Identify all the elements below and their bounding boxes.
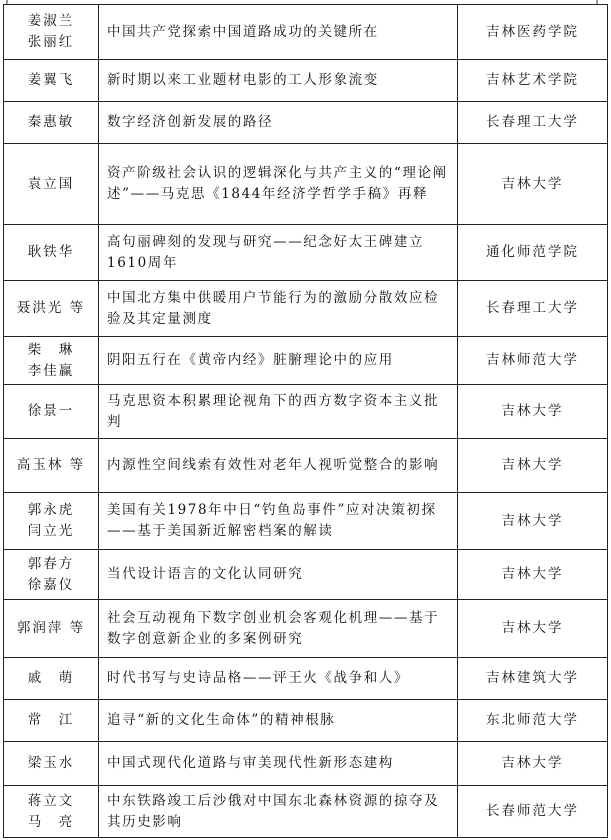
paper-title: 马克思资本积累理论视角下的西方数字资本主义批判 (107, 393, 439, 430)
institution-name: 通化师范学院 (486, 244, 579, 260)
institution-cell: 吉林艺术学院 (458, 60, 608, 102)
paper-title: 新时期以来工业题材电影的工人形象流变 (107, 72, 379, 88)
paper-title: 美国有关1978年中日“钓鱼岛事件”应对决策初探——基于美国新近解密档案的解读 (107, 502, 437, 539)
title-cell: 中国式现代化道路与审美现代性新形态建构 (99, 742, 458, 786)
paper-title: 社会互动视角下数字创业机会客观化机理——基于数字创意新企业的多案例研究 (107, 610, 439, 647)
authors-cell: 郭永虎闫立光 (4, 493, 99, 550)
authors-cell: 郭春方徐嘉仪 (4, 550, 99, 600)
institution-name: 长春师范大学 (486, 803, 579, 819)
author-name: 姜翼飞 (4, 70, 98, 91)
paper-title: 当代设计语言的文化认同研究 (107, 566, 303, 582)
author-name: 闫立光 (4, 521, 98, 542)
authors-cell: 戚 萌 (4, 658, 99, 700)
paper-title: 时代书写与史诗品格——评王火《战争和人》 (107, 670, 409, 686)
authors-cell: 蒋立文马 亮 (4, 786, 99, 838)
table-row: 梁玉水 中国式现代化道路与审美现代性新形态建构 吉林大学 (4, 742, 608, 786)
institution-name: 吉林大学 (502, 176, 564, 192)
institution-name: 吉林大学 (502, 755, 564, 771)
institution-cell: 长春理工大学 (458, 102, 608, 144)
authors-cell: 郭润萍 等 (4, 600, 99, 658)
author-name: 戚 萌 (4, 668, 98, 689)
title-cell: 马克思资本积累理论视角下的西方数字资本主义批判 (99, 385, 458, 439)
authors-cell: 柴 琳李佳赢 (4, 337, 99, 385)
title-cell: 时代书写与史诗品格——评王火《战争和人》 (99, 658, 458, 700)
author-name: 耿铁华 (4, 242, 98, 263)
table-row: 郭润萍 等 社会互动视角下数字创业机会客观化机理——基于数字创意新企业的多案例研… (4, 600, 608, 658)
table-row: 戚 萌 时代书写与史诗品格——评王火《战争和人》 吉林建筑大学 (4, 658, 608, 700)
authors-cell: 聂洪光 等 (4, 281, 99, 337)
authors-cell: 秦惠敏 (4, 102, 99, 144)
title-cell: 社会互动视角下数字创业机会客观化机理——基于数字创意新企业的多案例研究 (99, 600, 458, 658)
author-name: 徐嘉仪 (4, 575, 98, 596)
paper-title: 中东铁路竣工后沙俄对中国东北森林资源的掠夺及其历史影响 (107, 793, 439, 830)
institution-cell: 吉林大学 (458, 493, 608, 550)
paper-title: 资产阶级社会认识的逻辑深化与共产主义的“理论阐述”——马克思《1844年经济学哲… (107, 165, 448, 202)
institution-cell: 东北师范大学 (458, 700, 608, 742)
paper-title: 阴阳五行在《黄帝内经》脏腑理论中的应用 (107, 352, 394, 368)
authors-cell: 姜翼飞 (4, 60, 99, 102)
awards-table-body: 姜淑兰张丽红 中国共产党探索中国道路成功的关键所在 吉林医药学院 姜翼飞 新时期… (4, 5, 608, 838)
author-name: 袁立国 (4, 174, 98, 195)
table-row: 高玉林 等 内源性空间线索有效性对老年人视听觉整合的影响 吉林大学 (4, 439, 608, 493)
authors-cell: 耿铁华 (4, 225, 99, 281)
table-row: 柴 琳李佳赢 阴阳五行在《黄帝内经》脏腑理论中的应用 吉林师范大学 (4, 337, 608, 385)
institution-name: 吉林大学 (502, 620, 564, 636)
table-row: 聂洪光 等 中国北方集中供暖用户节能行为的激励分散效应检验及其定量测度 长春理工… (4, 281, 608, 337)
institution-name: 吉林建筑大学 (486, 670, 579, 686)
institution-name: 吉林大学 (502, 457, 564, 473)
author-name: 张丽红 (4, 32, 98, 53)
paper-title: 中国式现代化道路与审美现代性新形态建构 (107, 755, 394, 771)
institution-cell: 吉林大学 (458, 144, 608, 225)
table-row: 郭永虎闫立光 美国有关1978年中日“钓鱼岛事件”应对决策初探——基于美国新近解… (4, 493, 608, 550)
institution-cell: 吉林大学 (458, 742, 608, 786)
institution-name: 东北师范大学 (486, 712, 579, 728)
paper-title: 追寻“新的文化生命体”的精神根脉 (107, 712, 335, 728)
authors-cell: 徐景一 (4, 385, 99, 439)
title-cell: 中东铁路竣工后沙俄对中国东北森林资源的掠夺及其历史影响 (99, 786, 458, 838)
institution-name: 吉林师范大学 (486, 352, 579, 368)
author-name: 郭润萍 等 (4, 618, 98, 639)
table-row: 姜翼飞 新时期以来工业题材电影的工人形象流变 吉林艺术学院 (4, 60, 608, 102)
table-row: 常 江 追寻“新的文化生命体”的精神根脉 东北师范大学 (4, 700, 608, 742)
institution-name: 吉林艺术学院 (486, 72, 579, 88)
institution-cell: 长春理工大学 (458, 281, 608, 337)
title-cell: 阴阳五行在《黄帝内经》脏腑理论中的应用 (99, 337, 458, 385)
title-cell: 新时期以来工业题材电影的工人形象流变 (99, 60, 458, 102)
author-name: 秦惠敏 (4, 112, 98, 133)
author-name: 郭永虎 (4, 500, 98, 521)
author-name: 柴 琳 (4, 340, 98, 361)
institution-name: 吉林大学 (502, 566, 564, 582)
author-name: 梁玉水 (4, 753, 98, 774)
table-row: 徐景一 马克思资本积累理论视角下的西方数字资本主义批判 吉林大学 (4, 385, 608, 439)
institution-cell: 吉林医药学院 (458, 5, 608, 60)
authors-cell: 高玉林 等 (4, 439, 99, 493)
authors-cell: 常 江 (4, 700, 99, 742)
author-name: 郭春方 (4, 554, 98, 575)
author-name: 徐景一 (4, 401, 98, 422)
author-name: 蒋立文 (4, 791, 98, 812)
paper-title: 高句丽碑刻的发现与研究——纪念好太王碑建立1610周年 (107, 234, 424, 271)
institution-name: 吉林大学 (502, 403, 564, 419)
title-cell: 资产阶级社会认识的逻辑深化与共产主义的“理论阐述”——马克思《1844年经济学哲… (99, 144, 458, 225)
author-name: 姜淑兰 (4, 11, 98, 32)
institution-cell: 吉林大学 (458, 385, 608, 439)
paper-title: 内源性空间线索有效性对老年人视听觉整合的影响 (107, 457, 439, 473)
title-cell: 高句丽碑刻的发现与研究——纪念好太王碑建立1610周年 (99, 225, 458, 281)
table-row: 秦惠敏 数字经济创新发展的路径 长春理工大学 (4, 102, 608, 144)
author-name: 马 亮 (4, 812, 98, 833)
author-name: 常 江 (4, 710, 98, 731)
paper-title: 数字经济创新发展的路径 (107, 114, 273, 130)
title-cell: 追寻“新的文化生命体”的精神根脉 (99, 700, 458, 742)
institution-cell: 吉林大学 (458, 600, 608, 658)
title-cell: 当代设计语言的文化认同研究 (99, 550, 458, 600)
table-row: 耿铁华 高句丽碑刻的发现与研究——纪念好太王碑建立1610周年 通化师范学院 (4, 225, 608, 281)
table-row: 袁立国 资产阶级社会认识的逻辑深化与共产主义的“理论阐述”——马克思《1844年… (4, 144, 608, 225)
institution-cell: 吉林建筑大学 (458, 658, 608, 700)
institution-name: 长春理工大学 (486, 114, 579, 130)
title-cell: 美国有关1978年中日“钓鱼岛事件”应对决策初探——基于美国新近解密档案的解读 (99, 493, 458, 550)
institution-name: 长春理工大学 (486, 300, 579, 316)
authors-cell: 姜淑兰张丽红 (4, 5, 99, 60)
title-cell: 中国共产党探索中国道路成功的关键所在 (99, 5, 458, 60)
table-row: 蒋立文马 亮 中东铁路竣工后沙俄对中国东北森林资源的掠夺及其历史影响 长春师范大… (4, 786, 608, 838)
author-name: 李佳赢 (4, 361, 98, 382)
institution-cell: 吉林师范大学 (458, 337, 608, 385)
institution-name: 吉林大学 (502, 513, 564, 529)
paper-title: 中国共产党探索中国道路成功的关键所在 (107, 24, 379, 40)
title-cell: 内源性空间线索有效性对老年人视听觉整合的影响 (99, 439, 458, 493)
institution-name: 吉林医药学院 (486, 24, 579, 40)
institution-cell: 通化师范学院 (458, 225, 608, 281)
author-name: 聂洪光 等 (4, 298, 98, 319)
awards-table: 姜淑兰张丽红 中国共产党探索中国道路成功的关键所在 吉林医药学院 姜翼飞 新时期… (3, 4, 608, 838)
institution-cell: 吉林大学 (458, 439, 608, 493)
author-name: 高玉林 等 (4, 455, 98, 476)
institution-cell: 吉林大学 (458, 550, 608, 600)
table-row: 姜淑兰张丽红 中国共产党探索中国道路成功的关键所在 吉林医药学院 (4, 5, 608, 60)
title-cell: 数字经济创新发展的路径 (99, 102, 458, 144)
authors-cell: 袁立国 (4, 144, 99, 225)
institution-cell: 长春师范大学 (458, 786, 608, 838)
authors-cell: 梁玉水 (4, 742, 99, 786)
paper-title: 中国北方集中供暖用户节能行为的激励分散效应检验及其定量测度 (107, 290, 439, 327)
title-cell: 中国北方集中供暖用户节能行为的激励分散效应检验及其定量测度 (99, 281, 458, 337)
table-row: 郭春方徐嘉仪 当代设计语言的文化认同研究 吉林大学 (4, 550, 608, 600)
